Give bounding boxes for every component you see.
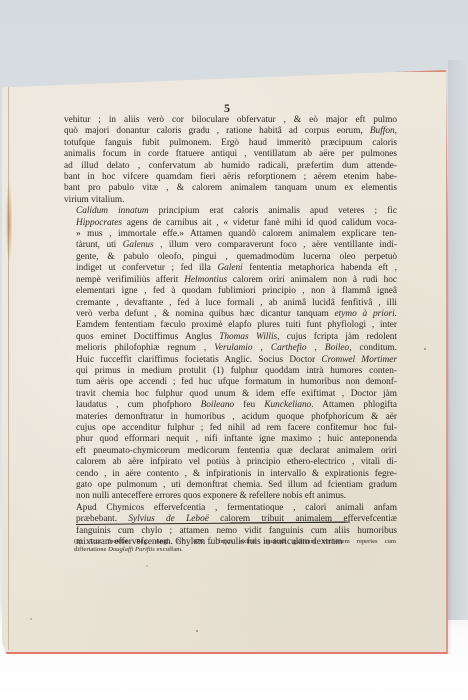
text-run: totufque fanguis fubit pulmonem. Ergò ha… xyxy=(64,138,397,148)
text-line: bant in hoc vifcere quamdam fieri aëris … xyxy=(64,172,397,183)
text-line: Hippocrates agens de carnibus ait , « vi… xyxy=(64,218,397,229)
text-run: qui primus in medium protulit (1) fulphu… xyxy=(76,366,397,376)
text-line: fanguinis cum chylo ; attamen nemo vidit… xyxy=(64,526,397,537)
paper-speck xyxy=(196,630,198,632)
text-run: differtatione xyxy=(74,546,108,553)
text-line: qui primus in medium protulit (1) fulphu… xyxy=(64,366,397,377)
text-run: tum aëris ope accendi ; fed huc ufque fo… xyxy=(76,377,397,387)
text-run: cendo , in aëre contento , & infpiration… xyxy=(76,469,397,479)
text-run: calorem oriri animalem non à rudi hoc xyxy=(227,275,397,285)
paper-speck xyxy=(30,618,32,620)
text-run: principium erat caloris animalis apud ve… xyxy=(149,206,397,216)
text-run: , illum vero comparaverunt foco , aëre v… xyxy=(154,240,397,250)
text-line: verò verba defunt , & nomina quibus hæc … xyxy=(64,309,397,320)
italic-name: Hippocrates xyxy=(76,218,122,228)
text-line: (1) Acta focietat. Reg. Angl. N°. 476 , … xyxy=(74,538,396,546)
text-run: fanguinis cum chylo ; attamen nemo vidit… xyxy=(76,526,397,536)
text-run: verò verba defunt , & nomina quibus hæc … xyxy=(76,309,335,319)
text-line: cendo , in aëre contento , & infpiration… xyxy=(64,469,397,480)
page-number: 5 xyxy=(224,101,230,116)
text-run: tàrunt, uti xyxy=(76,240,123,250)
text-run: materies demonftratur in humoribus , aci… xyxy=(76,412,397,422)
text-line: bant pro pabulo vitæ , & calorem animale… xyxy=(64,183,397,194)
italic-name: etymo à priori. xyxy=(335,309,397,319)
text-line: » mus , immortale effe.» Attamen quandò … xyxy=(64,229,397,240)
text-line: Calidum innatum principium erat caloris … xyxy=(64,206,397,217)
foxing-stain xyxy=(6,182,12,262)
text-line: cujus ope accenditur fulphur ; fed nihil… xyxy=(64,423,397,434)
italic-name: Galenus xyxy=(123,240,154,250)
text-run: , xyxy=(307,343,325,353)
text-line: eft pneumato-chymicorum medicorum fenten… xyxy=(64,446,397,457)
text-line: cremante , devaftante , fed à luce forma… xyxy=(64,298,397,309)
text-run: ad illud delato , confervatum ab humido … xyxy=(64,161,397,171)
text-line: quos eminet Doctiffimus Anglus Thomas Wi… xyxy=(64,332,397,343)
text-run: indiget ut confervetur ; fed illa xyxy=(76,263,217,273)
paragraph: Calidum innatum principium erat caloris … xyxy=(64,206,397,503)
text-line: differtatione Douglaffi Parifiis excuffa… xyxy=(74,546,396,554)
italic-name: Douglaffi Parifiis xyxy=(108,546,155,553)
body-text: vehitur ; in aliis verò cor biloculare o… xyxy=(64,115,397,548)
text-line: non nulli anteceffere errores quos expon… xyxy=(64,491,397,502)
text-run: Huic fucceffit clariffimus focietatis An… xyxy=(76,355,321,365)
text-run: agens de carnibus ait , « videtur fanè m… xyxy=(122,218,397,228)
italic-name: Verulamio xyxy=(214,343,252,353)
italic-name: Cromwel Mortimer xyxy=(321,355,397,365)
text-run: phur quod efformari nequit , nifi inftan… xyxy=(76,434,397,444)
text-line: travit chemia hoc fulphur quod unum & id… xyxy=(64,389,397,400)
text-run: Apud Chymicos effervefcentia , fermentat… xyxy=(76,503,397,513)
italic-name: Kunckeliano. xyxy=(264,400,313,410)
text-run: Eamdem fententiam fæculo proximè elapfo … xyxy=(76,320,397,330)
text-run: gente, & pabulo oleofo, pingui , quemadm… xyxy=(76,252,397,262)
text-line: gato ope pulmonum , uti demonftrat chemi… xyxy=(64,480,397,491)
text-line: laudatus , cum phofphoro Boileano feu Ku… xyxy=(64,400,397,411)
text-line: elementari igne , fed à quodam fublimior… xyxy=(64,286,397,297)
text-run: » mus , immortale effe.» Attamen quandò … xyxy=(76,229,397,239)
paper-speck xyxy=(146,565,148,567)
text-run: virium vitalium. xyxy=(64,195,124,205)
page-gutter-fold xyxy=(8,80,9,650)
text-line: animalis focum in corde ftatuere antiqui… xyxy=(64,149,397,160)
text-run: nempè verifimiliùs afferit xyxy=(76,275,184,285)
text-line: vehitur ; in aliis verò cor biloculare o… xyxy=(64,115,397,126)
text-line: indiget ut confervetur ; fed illa Galeni… xyxy=(64,263,397,274)
text-run: , conditum. xyxy=(349,343,397,353)
italic-name: Calidum innatum xyxy=(76,206,149,216)
paragraph: vehitur ; in aliis verò cor biloculare o… xyxy=(64,115,397,206)
text-run: (1) Acta focietat. Reg. Angl. N°. 476 , … xyxy=(74,538,396,545)
text-run: fententia metaphorica habenda eft , xyxy=(243,263,397,273)
text-line: Huic fucceffit clariffimus focietatis An… xyxy=(64,355,397,366)
text-run: laudatus , cum phofphoro xyxy=(76,400,201,410)
italic-name: Galeni xyxy=(217,263,242,273)
text-line: nempè verifimiliùs afferit Helmontius ca… xyxy=(64,275,397,286)
italic-name: Boileano xyxy=(201,400,235,410)
text-run: , cujus fcripta jàm redolent xyxy=(277,332,397,342)
text-run: Attamen phlogifta xyxy=(314,400,397,410)
text-run: gato ope pulmonum , uti demonftrat chemi… xyxy=(76,480,397,490)
text-line: gente, & pabulo oleofo, pingui , quemadm… xyxy=(64,252,397,263)
text-run: cremante , devaftante , fed à luce forma… xyxy=(76,298,397,308)
text-run: vehitur ; in aliis verò cor biloculare o… xyxy=(64,115,397,125)
text-run: animalis focum in corde ftatuere antiqui… xyxy=(64,149,397,159)
text-run: elementari igne , fed à quodam fublimior… xyxy=(76,286,397,296)
text-line: Apud Chymicos effervefcentia , fermentat… xyxy=(64,503,397,514)
text-run: non nulli anteceffere errores quos expon… xyxy=(76,491,346,501)
text-line: phur quod efformari nequit , nifi inftan… xyxy=(64,434,397,445)
text-run: cujus ope accenditur fulphur ; fed nihil… xyxy=(76,423,397,433)
text-run: feu xyxy=(234,400,264,410)
text-line: tum aëris ope accendi ; fed huc ufque fo… xyxy=(64,377,397,388)
text-run: quò majori donantur caloris gradu , rati… xyxy=(64,126,370,136)
text-run: melioris philofophiæ regnum , xyxy=(76,343,214,353)
italic-name: Helmontius xyxy=(184,275,227,285)
text-run: calorem ab aëre infpirato vel potiùs à p… xyxy=(76,457,397,467)
text-line: Eamdem fententiam fæculo proximè elapfo … xyxy=(64,320,397,331)
text-run: bant pro pabulo vitæ , & calorem animale… xyxy=(64,183,397,193)
text-line: melioris philofophiæ regnum , Verulamio … xyxy=(64,343,397,354)
text-run: excuffam. xyxy=(155,546,183,553)
text-run: eft pneumato-chymicorum medicorum fenten… xyxy=(76,446,397,456)
text-line: calorem ab aëre infpirato vel potiùs à p… xyxy=(64,457,397,468)
text-line: quò majori donantur caloris gradu , rati… xyxy=(64,126,397,137)
text-run: quos eminet Doctiffimus Anglus xyxy=(76,332,219,342)
text-run: bant in hoc vifcere quamdam fieri aëris … xyxy=(64,172,397,182)
text-line: tàrunt, uti Galenus , illum vero compara… xyxy=(64,240,397,251)
text-run: , xyxy=(395,126,397,136)
italic-name: Buffon xyxy=(370,126,395,136)
text-line: totufque fanguis fubit pulmonem. Ergò ha… xyxy=(64,138,397,149)
text-line: ad illud delato , confervatum ab humido … xyxy=(64,161,397,172)
footnote: (1) Acta focietat. Reg. Angl. N°. 476 , … xyxy=(74,538,396,554)
text-run: , xyxy=(252,343,270,353)
text-line: materies demonftratur in humoribus , aci… xyxy=(64,412,397,423)
italic-name: Boileo xyxy=(325,343,349,353)
italic-name: Carthefio xyxy=(271,343,307,353)
italic-name: Thomas Willis xyxy=(219,332,277,342)
paper-speck xyxy=(424,348,426,350)
backdrop xyxy=(448,60,468,620)
text-line: virium vitalium. xyxy=(64,195,397,206)
text-run: travit chemia hoc fulphur quod unum & id… xyxy=(76,389,397,399)
